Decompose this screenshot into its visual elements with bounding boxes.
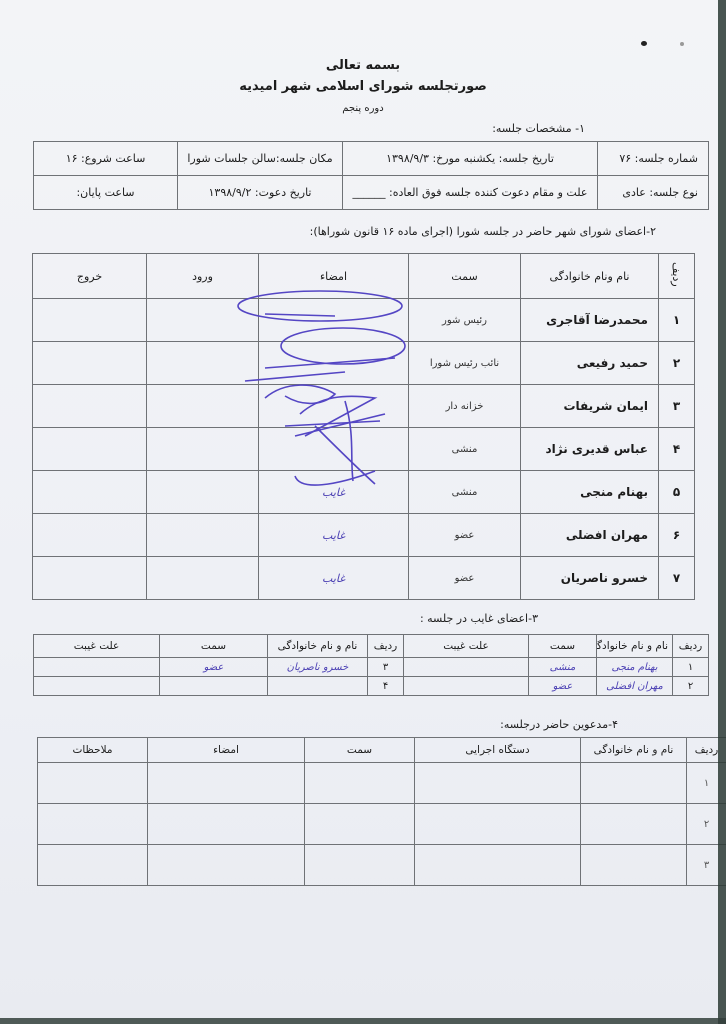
member-signature bbox=[259, 299, 409, 342]
col-name: نام و نام خانوادگی bbox=[597, 635, 673, 658]
member-name: عباس قدیری نژاد bbox=[521, 428, 659, 471]
invitee-name bbox=[581, 804, 687, 845]
member-role: عضو bbox=[409, 557, 521, 600]
scan-edge-right bbox=[718, 0, 726, 1024]
col-role: سمت bbox=[409, 254, 521, 299]
absence-reason bbox=[34, 658, 160, 677]
invitee-role bbox=[305, 845, 415, 886]
row-number: ۳ bbox=[368, 658, 404, 677]
punch-mark bbox=[680, 42, 684, 46]
row-number: ۲ bbox=[673, 677, 709, 696]
table-row: نوع جلسه: عادی علت و مقام دعوت کننده جلس… bbox=[34, 176, 709, 210]
invitees-table: ردیف نام و نام خانوادگی دستگاه اجرایی سم… bbox=[37, 737, 726, 886]
member-exit bbox=[33, 299, 147, 342]
invitee-name bbox=[581, 845, 687, 886]
section-3-title: ۳-اعضای غایب در جلسه : bbox=[420, 612, 538, 625]
member-exit bbox=[33, 514, 147, 557]
member-exit bbox=[33, 557, 147, 600]
col-absence-reason: علت غیبت bbox=[404, 635, 529, 658]
invitee-signature bbox=[148, 763, 305, 804]
invitee-agency bbox=[415, 804, 581, 845]
col-role: سمت bbox=[160, 635, 268, 658]
invitee-role bbox=[305, 804, 415, 845]
start-time: ساعت شروع: ۱۶ bbox=[34, 142, 178, 176]
col-absence-reason: علت غیبت bbox=[34, 635, 160, 658]
table-header-row: ردیف نام ونام خانوادگی سمت امضاء ورود خر… bbox=[33, 254, 695, 299]
col-exit: خروج bbox=[33, 254, 147, 299]
member-name: مهران افضلی bbox=[521, 514, 659, 557]
member-exit bbox=[33, 471, 147, 514]
member-signature: غایب bbox=[259, 557, 409, 600]
member-signature: غایب bbox=[259, 471, 409, 514]
table-row: ۱ محمدرضا آقاجری رئیس شور bbox=[33, 299, 695, 342]
meeting-specs-table: شماره جلسه: ۷۶ تاریخ جلسه: یکشنبه مورخ: … bbox=[33, 141, 709, 210]
member-entry bbox=[147, 471, 259, 514]
col-role: سمت bbox=[529, 635, 597, 658]
absent-name: خسرو ناصریان bbox=[268, 658, 368, 677]
table-row: ۲ bbox=[38, 804, 726, 845]
term-subtitle: دوره پنجم bbox=[0, 103, 726, 114]
end-time: ساعت پایان: bbox=[34, 176, 178, 210]
meeting-date: تاریخ جلسه: یکشنبه مورخ: ۱۳۹۸/۹/۳ bbox=[343, 142, 598, 176]
col-notes: ملاحظات bbox=[38, 738, 148, 763]
document-title: صورتجلسه شورای اسلامی شهر امیدیه bbox=[0, 79, 726, 94]
invitee-agency bbox=[415, 763, 581, 804]
invitee-role bbox=[305, 763, 415, 804]
member-entry bbox=[147, 428, 259, 471]
absent-name bbox=[268, 677, 368, 696]
col-entry: ورود bbox=[147, 254, 259, 299]
col-agency: دستگاه اجرایی bbox=[415, 738, 581, 763]
col-row-number: ردیف bbox=[673, 635, 709, 658]
row-number: ۶ bbox=[659, 514, 695, 557]
invitee-name bbox=[581, 763, 687, 804]
absent-name: مهران افضلی bbox=[597, 677, 673, 696]
row-number: ۴ bbox=[659, 428, 695, 471]
col-row-number: ردیف bbox=[659, 254, 695, 299]
absence-reason bbox=[404, 677, 529, 696]
member-role: عضو bbox=[409, 514, 521, 557]
section-4-title: ۴-مدعوین حاضر درجلسه: bbox=[500, 718, 618, 731]
col-role: سمت bbox=[305, 738, 415, 763]
member-name: ایمان شریفات bbox=[521, 385, 659, 428]
absence-reason bbox=[34, 677, 160, 696]
member-role: نائب رئیس شورا bbox=[409, 342, 521, 385]
member-signature bbox=[259, 385, 409, 428]
invitee-signature bbox=[148, 804, 305, 845]
row-number: ۲ bbox=[659, 342, 695, 385]
absent-role bbox=[160, 677, 268, 696]
member-signature bbox=[259, 342, 409, 385]
extraordinary-reason: علت و مقام دعوت کننده جلسه فوق العاده: _… bbox=[343, 176, 598, 210]
invocation-heading: بسمه تعالی bbox=[0, 58, 726, 73]
member-signature: غایب bbox=[259, 514, 409, 557]
invitation-date: تاریخ دعوت: ۱۳۹۸/۹/۲ bbox=[178, 176, 343, 210]
table-header-row: ردیف نام و نام خانوادگی دستگاه اجرایی سم… bbox=[38, 738, 726, 763]
section-1-title: ۱- مشخصات جلسه: bbox=[492, 122, 585, 135]
table-row: ۳ ایمان شریفات خزانه دار bbox=[33, 385, 695, 428]
row-number: ۵ bbox=[659, 471, 695, 514]
row-number: ۳ bbox=[659, 385, 695, 428]
row-number: ۷ bbox=[659, 557, 695, 600]
table-row: ۱ bbox=[38, 763, 726, 804]
member-name: خسرو ناصریان bbox=[521, 557, 659, 600]
invitee-notes bbox=[38, 763, 148, 804]
member-entry bbox=[147, 557, 259, 600]
table-header-row: ردیف نام و نام خانوادگی سمت علت غیبت ردی… bbox=[34, 635, 709, 658]
member-role: رئیس شور bbox=[409, 299, 521, 342]
col-signature: امضاء bbox=[148, 738, 305, 763]
row-number: ۱ bbox=[659, 299, 695, 342]
member-role: خزانه دار bbox=[409, 385, 521, 428]
col-name: نام ونام خانوادگی bbox=[521, 254, 659, 299]
member-name: بهنام منجی bbox=[521, 471, 659, 514]
member-role: منشی bbox=[409, 471, 521, 514]
section-2-title: ۲-اعضای شورای شهر حاضر در جلسه شورا (اجر… bbox=[310, 225, 656, 238]
invitee-agency bbox=[415, 845, 581, 886]
member-entry bbox=[147, 385, 259, 428]
absent-role: منشی bbox=[529, 658, 597, 677]
table-row: ۲ حمید رفیعی نائب رئیس شورا bbox=[33, 342, 695, 385]
absent-name: بهنام منجی bbox=[597, 658, 673, 677]
col-row-number: ردیف bbox=[368, 635, 404, 658]
member-exit bbox=[33, 342, 147, 385]
member-exit bbox=[33, 385, 147, 428]
meeting-place: مکان جلسه:سالن جلسات شورا bbox=[178, 142, 343, 176]
table-row: ۲ مهران افضلی عضو ۴ bbox=[34, 677, 709, 696]
meeting-number: شماره جلسه: ۷۶ bbox=[598, 142, 709, 176]
col-signature: امضاء bbox=[259, 254, 409, 299]
col-name: نام و نام خانوادگی bbox=[268, 635, 368, 658]
row-number: ۴ bbox=[368, 677, 404, 696]
scan-edge-bottom bbox=[0, 1018, 726, 1024]
absent-members-table: ردیف نام و نام خانوادگی سمت علت غیبت ردی… bbox=[33, 634, 709, 696]
member-entry bbox=[147, 514, 259, 557]
table-row: شماره جلسه: ۷۶ تاریخ جلسه: یکشنبه مورخ: … bbox=[34, 142, 709, 176]
invitee-notes bbox=[38, 804, 148, 845]
member-name: محمدرضا آقاجری bbox=[521, 299, 659, 342]
punch-mark bbox=[641, 41, 647, 46]
table-row: ۴ عباس قدیری نژاد منشی bbox=[33, 428, 695, 471]
table-row: ۵ بهنام منجی منشی غایب bbox=[33, 471, 695, 514]
member-entry bbox=[147, 299, 259, 342]
invitee-notes bbox=[38, 845, 148, 886]
absent-role: عضو bbox=[529, 677, 597, 696]
member-role: منشی bbox=[409, 428, 521, 471]
present-members-table: ردیف نام ونام خانوادگی سمت امضاء ورود خر… bbox=[32, 253, 695, 600]
absence-reason bbox=[404, 658, 529, 677]
invitee-signature bbox=[148, 845, 305, 886]
member-exit bbox=[33, 428, 147, 471]
table-row: ۳ bbox=[38, 845, 726, 886]
absent-role: عضو bbox=[160, 658, 268, 677]
table-row: ۱ بهنام منجی منشی ۳ خسرو ناصریان عضو bbox=[34, 658, 709, 677]
member-entry bbox=[147, 342, 259, 385]
member-signature bbox=[259, 428, 409, 471]
table-row: ۶ مهران افضلی عضو غایب bbox=[33, 514, 695, 557]
scanned-page: بسمه تعالی صورتجلسه شورای اسلامی شهر امی… bbox=[0, 0, 718, 1018]
member-name: حمید رفیعی bbox=[521, 342, 659, 385]
row-number: ۱ bbox=[673, 658, 709, 677]
meeting-type: نوع جلسه: عادی bbox=[598, 176, 709, 210]
table-row: ۷ خسرو ناصریان عضو غایب bbox=[33, 557, 695, 600]
col-name: نام و نام خانوادگی bbox=[581, 738, 687, 763]
